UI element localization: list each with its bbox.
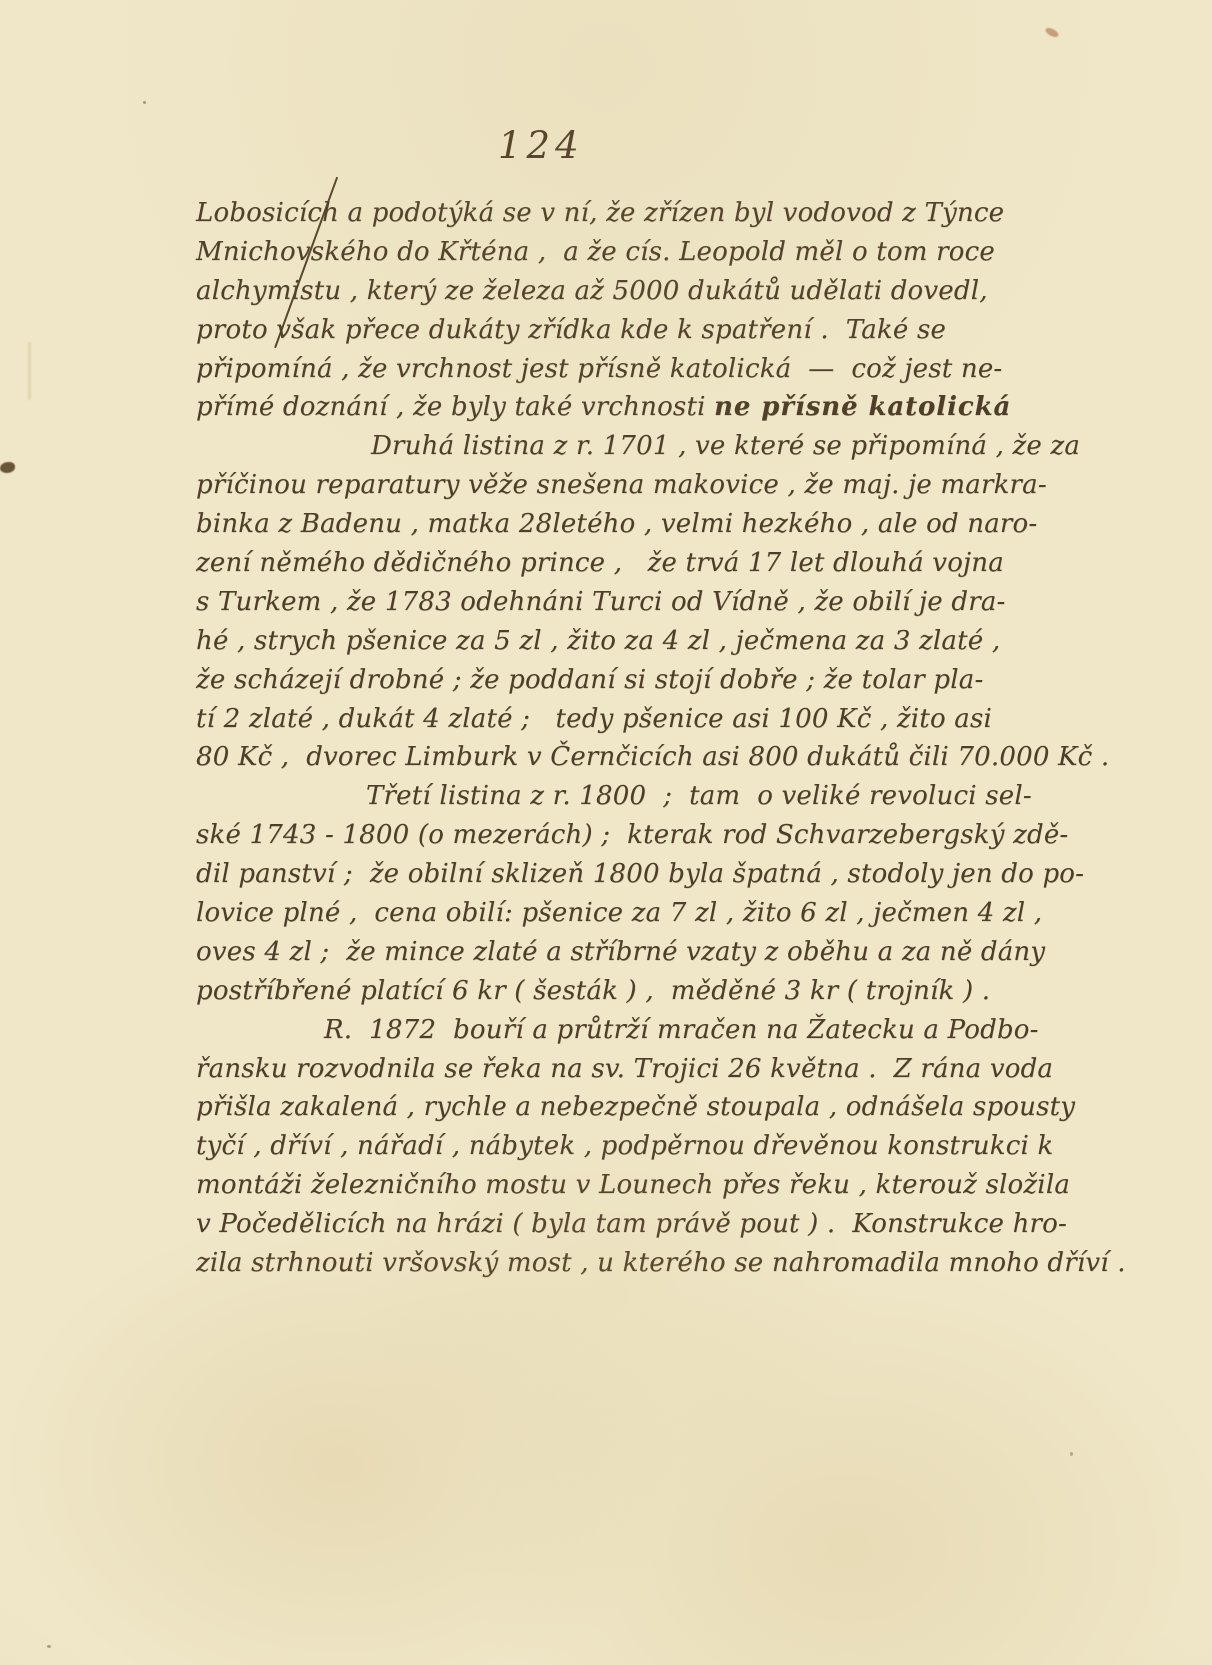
manuscript-line: Druhá listina z r. 1701 , ve které se př… <box>196 427 1061 466</box>
page-number: 124 <box>498 124 584 167</box>
manuscript-line: tí 2 zlaté , dukát 4 zlaté ; tedy pšenic… <box>196 700 1061 739</box>
emphasized-phrase: ne přísně katolická <box>714 392 1011 422</box>
manuscript-line: ské 1743 - 1800 (o mezerách) ; kterak ro… <box>196 816 1061 855</box>
manuscript-line: Lobosicích a podotýká se v ní, že zřízen… <box>196 194 1061 233</box>
manuscript-line: hé , strych pšenice za 5 zl , žito za 4 … <box>196 622 1061 661</box>
line-text: přímé doznání , že byly také vrchnosti <box>196 392 714 422</box>
manuscript-line: proto však přece dukáty zřídka kde k spa… <box>196 311 1061 350</box>
manuscript-line: že scházejí drobné ; že poddaní si stojí… <box>196 661 1061 700</box>
paper-speck <box>47 1645 51 1648</box>
paper-fleck-stain <box>1044 26 1060 39</box>
manuscript-line: montáži železničního mostu v Lounech pře… <box>196 1166 1061 1205</box>
manuscript-line: připomíná , že vrchnost jest přísně kato… <box>196 350 1061 389</box>
paper-speck <box>143 101 146 104</box>
paper-fiber-smudge <box>28 342 31 400</box>
paper-speck <box>1070 1452 1073 1456</box>
ink-blot-stain <box>0 462 15 473</box>
manuscript-line: přišla zakalená , rychle a nebezpečně st… <box>196 1088 1061 1127</box>
manuscript-line: s Turkem , že 1783 odehnáni Turci od Víd… <box>196 583 1061 622</box>
manuscript-line: R. 1872 bouří a průtrží mračen na Žateck… <box>196 1011 1061 1050</box>
manuscript-line: řansku rozvodnila se řeka na sv. Trojici… <box>196 1050 1061 1089</box>
manuscript-line: Třetí listina z r. 1800 ; tam o veliké r… <box>196 777 1061 816</box>
manuscript-line: binka z Badenu , matka 28letého , velmi … <box>196 505 1061 544</box>
manuscript-line: lovice plné , cena obilí: pšenice za 7 z… <box>196 894 1061 933</box>
manuscript-line: zila strhnouti vršovský most , u kterého… <box>196 1244 1061 1283</box>
manuscript-line: zení němého dědičného prince , že trvá 1… <box>196 544 1061 583</box>
manuscript-line: přímé doznání , že byly také vrchnosti n… <box>196 388 1061 427</box>
manuscript-line: 80 Kč , dvorec Limburk v Černčicích asi … <box>196 738 1061 777</box>
manuscript-line: alchymistu , který ze železa až 5000 duk… <box>196 272 1061 311</box>
manuscript-line: postříbřené platící 6 kr ( šesták ) , mě… <box>196 972 1061 1011</box>
manuscript-page: 124 Lobosicích a podotýká se v ní, že zř… <box>0 0 1212 1665</box>
manuscript-line: příčinou reparatury věže snešena makovic… <box>196 466 1061 505</box>
manuscript-line: dil panství ; že obilní sklizeň 1800 byl… <box>196 855 1061 894</box>
manuscript-line: tyčí , dříví , nářadí , nábytek , podpěr… <box>196 1127 1061 1166</box>
manuscript-text-block: Lobosicích a podotýká se v ní, že zřízen… <box>196 194 1061 1283</box>
manuscript-line: v Počedělicích na hrázi ( byla tam právě… <box>196 1205 1061 1244</box>
manuscript-line: Mnichovského do Křténa , a že cís. Leopo… <box>196 233 1061 272</box>
manuscript-line: oves 4 zl ; že mince zlaté a stříbrné vz… <box>196 933 1061 972</box>
